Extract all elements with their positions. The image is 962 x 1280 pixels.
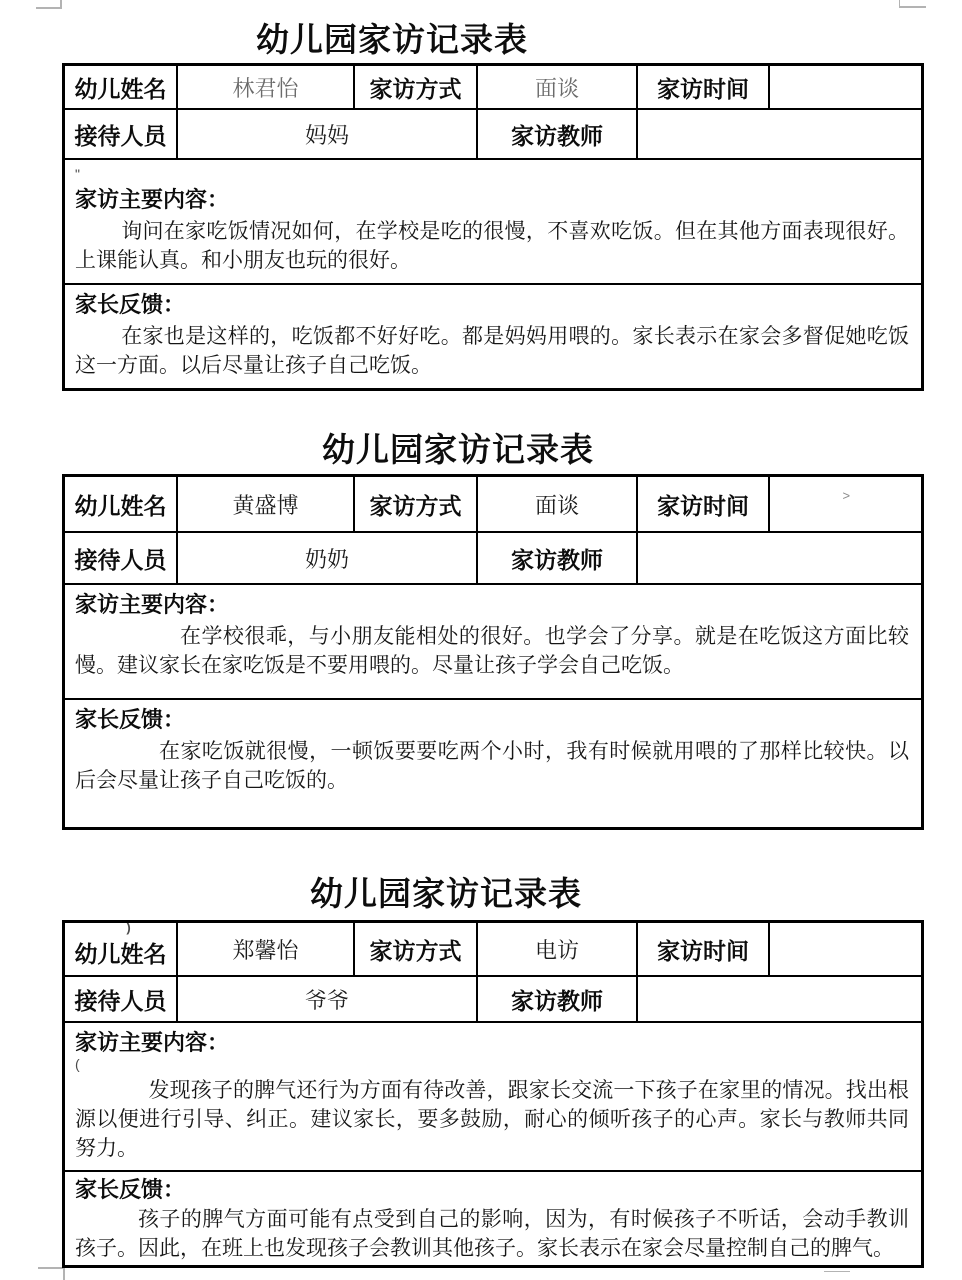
child-name-label-cell: ) 幼儿姓名 bbox=[65, 923, 178, 977]
visit-record-form-2: 幼儿园家访记录表 幼儿姓名 黄盛博 家访方式 面谈 家访时间 > 接待人员 奶奶… bbox=[0, 410, 962, 835]
visit-record-form-3: 幼儿园家访记录表 ) 幼儿姓名 郑馨怡 家访方式 电访 家访时间 接待人员 爷爷… bbox=[0, 856, 962, 1280]
parent-feedback-section: 家长反馈： 孩子的脾气方面可能有点受到自己的影响，因为，有时候孩子不听话，会动手… bbox=[65, 1172, 921, 1265]
record-table: 幼儿姓名 林君怡 家访方式 面谈 家访时间 接待人员 妈妈 家访教师 " 家访主… bbox=[62, 63, 924, 391]
form-title: 幼儿园家访记录表 bbox=[310, 868, 582, 915]
form-title: 幼儿园家访记录表 bbox=[256, 14, 528, 61]
parent-feedback-label: 家长反馈： bbox=[75, 1176, 909, 1203]
teacher-value-cell bbox=[638, 110, 921, 160]
parent-feedback-label: 家长反馈： bbox=[75, 291, 909, 318]
receiver-value-cell: 奶奶 bbox=[178, 533, 478, 585]
record-table: 幼儿姓名 黄盛博 家访方式 面谈 家访时间 > 接待人员 奶奶 家访教师 家访主… bbox=[62, 474, 924, 830]
receiver-value-cell: 妈妈 bbox=[178, 110, 478, 160]
parent-feedback-text: 孩子的脾气方面可能有点受到自己的影响，因为，有时候孩子不听话，会动手教训孩子。因… bbox=[75, 1205, 909, 1263]
visit-method-value-cell: 面谈 bbox=[478, 477, 638, 533]
visit-time-value-cell bbox=[770, 66, 921, 110]
form-title: 幼儿园家访记录表 bbox=[322, 424, 594, 471]
parent-feedback-text: 在家也是这样的，吃饭都不好好吃。都是妈妈用喂的。家长表示在家会多督促她吃饭这一方… bbox=[75, 322, 909, 380]
visit-method-value-cell: 电访 bbox=[478, 923, 638, 977]
teacher-label-cell: 家访教师 bbox=[478, 977, 638, 1023]
visit-method-value-cell: 面谈 bbox=[478, 66, 638, 110]
parent-feedback-label: 家长反馈： bbox=[75, 706, 909, 733]
visit-time-value-cell bbox=[770, 923, 921, 977]
visit-content-text: 在学校很乖，与小朋友能相处的很好。也学会了分享。就是在吃饭这方面比较慢。建议家长… bbox=[75, 622, 909, 680]
visit-content-label: 家访主要内容： bbox=[75, 591, 909, 618]
child-name-value-cell: 郑馨怡 bbox=[178, 923, 355, 977]
visit-record-form-1: 幼儿园家访记录表 幼儿姓名 林君怡 家访方式 面谈 家访时间 接待人员 妈妈 家… bbox=[0, 0, 962, 400]
child-name-label-cell: 幼儿姓名 bbox=[65, 477, 178, 533]
visit-content-text: 发现孩子的脾气还行为方面有待改善，跟家长交流一下孩子在家里的情况。找出根源以便进… bbox=[75, 1076, 909, 1163]
visit-content-section: 家访主要内容： ( 发现孩子的脾气还行为方面有待改善，跟家长交流一下孩子在家里的… bbox=[65, 1023, 921, 1172]
child-name-value-cell: 林君怡 bbox=[178, 66, 355, 110]
receiver-value-cell: 爷爷 bbox=[178, 977, 478, 1023]
visit-time-label-cell: 家访时间 bbox=[638, 923, 770, 977]
child-name-value-cell: 黄盛博 bbox=[178, 477, 355, 533]
visit-content-label: 家访主要内容： bbox=[75, 1029, 909, 1056]
teacher-value-cell bbox=[638, 977, 921, 1023]
visit-method-label-cell: 家访方式 bbox=[355, 477, 478, 533]
receiver-label-cell: 接待人员 bbox=[65, 533, 178, 585]
visit-content-section: 家访主要内容： 在学校很乖，与小朋友能相处的很好。也学会了分享。就是在吃饭这方面… bbox=[65, 585, 921, 700]
visit-content-section: " 家访主要内容： 询问在家吃饭情况如何，在学校是吃的很慢，不喜欢吃饭。但在其他… bbox=[65, 160, 921, 285]
teacher-value-cell bbox=[638, 533, 921, 585]
visit-time-value-cell: > bbox=[770, 477, 921, 533]
document-page: 幼儿园家访记录表 幼儿姓名 林君怡 家访方式 面谈 家访时间 接待人员 妈妈 家… bbox=[0, 0, 962, 1280]
visit-method-label-cell: 家访方式 bbox=[355, 66, 478, 110]
visit-content-label: 家访主要内容： bbox=[75, 186, 909, 213]
stray-angle-mark: > bbox=[842, 489, 850, 502]
parent-feedback-section: 家长反馈： 在家也是这样的，吃饭都不好好吃。都是妈妈用喂的。家长表示在家会多督促… bbox=[65, 285, 921, 388]
stray-paren-mark: ( bbox=[75, 1058, 80, 1071]
stray-quote-mark: " bbox=[75, 168, 80, 181]
teacher-label-cell: 家访教师 bbox=[478, 110, 638, 160]
visit-method-label-cell: 家访方式 bbox=[355, 923, 478, 977]
child-name-label-cell: 幼儿姓名 bbox=[65, 66, 178, 110]
teacher-label-cell: 家访教师 bbox=[478, 533, 638, 585]
visit-time-label-cell: 家访时间 bbox=[638, 66, 770, 110]
parent-feedback-text: 在家吃饭就很慢，一顿饭要要吃两个小时，我有时候就用喂的了那样比较快。以后会尽量让… bbox=[75, 737, 909, 795]
receiver-label-cell: 接待人员 bbox=[65, 110, 178, 160]
visit-time-label-cell: 家访时间 bbox=[638, 477, 770, 533]
receiver-label-cell: 接待人员 bbox=[65, 977, 178, 1023]
visit-content-text: 询问在家吃饭情况如何，在学校是吃的很慢，不喜欢吃饭。但在其他方面表现很好。上课能… bbox=[75, 217, 909, 275]
stray-paren-mark: ) bbox=[126, 923, 130, 934]
record-table: ) 幼儿姓名 郑馨怡 家访方式 电访 家访时间 接待人员 爷爷 家访教师 家访主… bbox=[62, 920, 924, 1268]
child-name-label: 幼儿姓名 bbox=[75, 936, 167, 969]
parent-feedback-section: 家长反馈： 在家吃饭就很慢，一顿饭要要吃两个小时，我有时候就用喂的了那样比较快。… bbox=[65, 700, 921, 827]
